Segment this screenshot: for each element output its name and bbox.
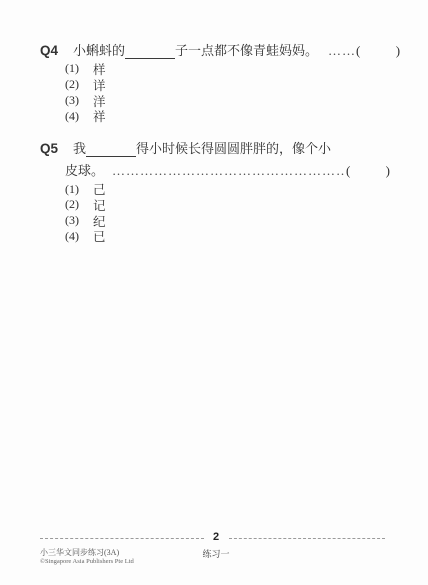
option-character: 已 bbox=[93, 227, 106, 245]
dotted-leader: ……………………………………………………………… bbox=[112, 162, 344, 179]
footer-rule-left bbox=[40, 538, 204, 539]
option-row: (3) 纪 bbox=[65, 213, 390, 229]
sentence-continuation: 皮球。 bbox=[65, 162, 104, 179]
sentence-after-blank: 子一点都不像青蛙妈妈。 bbox=[175, 42, 318, 59]
fill-in-blank-line bbox=[86, 143, 136, 157]
option-row: (2) 详 bbox=[65, 77, 390, 93]
bracket-open: ( bbox=[346, 162, 350, 179]
fill-in-blank-line bbox=[125, 45, 175, 59]
option-row: (1) 样 bbox=[65, 61, 390, 77]
option-number: (4) bbox=[65, 109, 83, 124]
worksheet-content: Q4 小蝌蚪的 子一点都不像青蛙妈妈。 …… ( ) (1) 样 (2) 详 bbox=[40, 42, 390, 260]
question-label: Q5 bbox=[40, 140, 73, 157]
question-label: Q4 bbox=[40, 42, 73, 59]
answer-bracket: ( ) bbox=[356, 42, 400, 59]
question-q5: Q5 我 得小时候长得圆圆胖胖的，像个小 皮球。 ………………………………………… bbox=[40, 140, 390, 244]
page-number: 2 bbox=[206, 531, 226, 543]
publisher-credit: ©Singapore Asia Publishers Pte Ltd bbox=[40, 558, 134, 565]
question-sentence: 我 得小时候长得圆圆胖胖的，像个小 bbox=[73, 140, 390, 157]
dotted-leader: …… bbox=[328, 42, 356, 59]
bracket-close: ) bbox=[396, 42, 400, 59]
option-row: (4) 祥 bbox=[65, 108, 390, 124]
book-title: 小三华文同步练习(3A) bbox=[40, 547, 119, 558]
option-row: (1) 己 bbox=[65, 181, 390, 197]
answer-bracket: ( ) bbox=[346, 162, 390, 179]
option-number: (1) bbox=[65, 61, 83, 76]
option-character: 祥 bbox=[93, 107, 106, 125]
option-number: (2) bbox=[65, 197, 83, 212]
bracket-close: ) bbox=[386, 162, 390, 179]
option-number: (4) bbox=[65, 229, 83, 244]
sentence-before-blank: 小蝌蚪的 bbox=[73, 42, 125, 59]
option-number: (2) bbox=[65, 77, 83, 92]
options-list: (1) 己 (2) 记 (3) 纪 (4) 已 bbox=[65, 181, 390, 244]
option-row: (4) 已 bbox=[65, 229, 390, 245]
option-row: (3) 洋 bbox=[65, 93, 390, 109]
exercise-label: 练习一 bbox=[196, 547, 236, 560]
bracket-open: ( bbox=[356, 42, 360, 59]
sentence-after-blank: 得小时候长得圆圆胖胖的，像个小 bbox=[136, 140, 331, 157]
sentence-before-blank: 我 bbox=[73, 140, 86, 157]
options-list: (1) 样 (2) 详 (3) 洋 (4) 祥 bbox=[65, 61, 390, 124]
footer-rule-right bbox=[229, 538, 385, 539]
question-q4: Q4 小蝌蚪的 子一点都不像青蛙妈妈。 …… ( ) (1) 样 (2) 详 bbox=[40, 42, 390, 124]
option-number: (1) bbox=[65, 182, 83, 197]
question-sentence-line2: 皮球。 ……………………………………………………………… ( ) bbox=[65, 162, 390, 179]
option-number: (3) bbox=[65, 93, 83, 108]
option-number: (3) bbox=[65, 213, 83, 228]
question-sentence: 小蝌蚪的 子一点都不像青蛙妈妈。 …… ( ) bbox=[73, 42, 400, 59]
option-row: (2) 记 bbox=[65, 197, 390, 213]
